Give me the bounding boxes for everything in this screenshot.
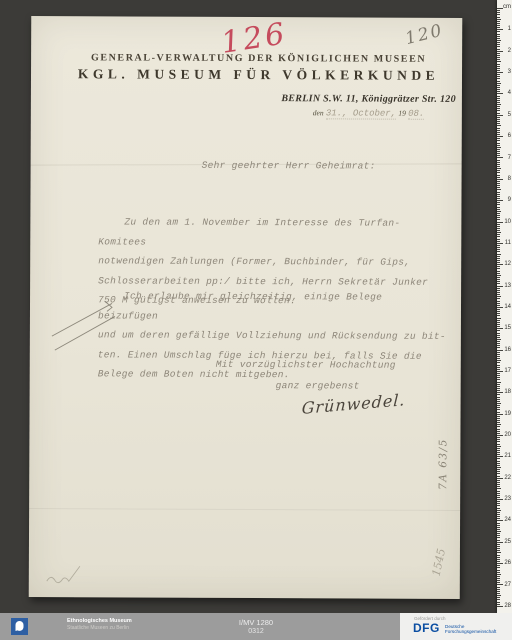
ruler-tick	[497, 375, 500, 376]
ruler-tick	[497, 31, 500, 32]
ruler-tick	[497, 172, 500, 173]
ruler-tick	[497, 254, 501, 255]
ruler-tick	[497, 283, 500, 284]
ruler-tick	[497, 546, 500, 547]
ruler-tick	[497, 343, 500, 344]
ruler-tick	[497, 320, 500, 321]
body-line: Ich erlaube mir gleichzeitig, einige Bel…	[98, 286, 448, 327]
ruler-number: 7	[508, 155, 511, 161]
ruler-tick	[497, 452, 500, 453]
ruler-tick	[497, 309, 500, 310]
ruler-tick	[497, 422, 500, 423]
ruler-tick	[497, 115, 503, 116]
ruler-tick	[497, 574, 501, 575]
ruler-tick	[497, 589, 500, 590]
ruler-tick	[497, 140, 500, 141]
ruler-tick	[497, 249, 500, 250]
ruler-tick	[497, 567, 500, 568]
ruler-tick	[497, 450, 500, 451]
ruler-tick	[497, 591, 500, 592]
ruler-tick	[497, 469, 500, 470]
ruler-tick	[497, 386, 500, 387]
ruler-tick	[497, 412, 500, 413]
ruler-tick	[497, 550, 500, 551]
letter-page: 126 120 GENERAL-VERWALTUNG DER KÖNIGLICH…	[29, 16, 463, 599]
ruler-tick	[497, 198, 500, 199]
ruler-number: 11	[505, 240, 511, 246]
ruler-tick	[497, 503, 500, 504]
ruler-tick	[497, 478, 503, 479]
ruler-tick	[497, 232, 501, 233]
ruler-tick	[497, 222, 503, 223]
ruler-tick	[497, 339, 501, 340]
ruler-tick	[497, 429, 500, 430]
ruler-number: 15	[504, 325, 511, 331]
ruler-tick	[497, 533, 500, 534]
ruler-tick	[497, 458, 500, 459]
footer-bar: Ethnologisches Museum Staatliche Museen …	[0, 613, 512, 640]
ruler-tick	[497, 418, 500, 419]
ruler-tick	[497, 565, 500, 566]
ruler-tick	[497, 123, 500, 124]
ruler-tick	[497, 360, 501, 361]
ruler-tick	[497, 465, 500, 466]
ruler-tick	[497, 454, 500, 455]
ruler-tick	[497, 463, 500, 464]
ruler-tick	[497, 439, 500, 440]
ruler-tick	[497, 279, 500, 280]
ruler-tick	[497, 555, 500, 556]
ruler-number: 17	[504, 368, 511, 374]
ruler-tick	[497, 369, 500, 370]
ruler-tick	[497, 431, 500, 432]
ruler-tick	[497, 153, 500, 154]
ruler-tick	[497, 435, 503, 436]
ruler-tick	[497, 132, 500, 133]
ruler-tick	[497, 397, 500, 398]
ruler-tick	[497, 371, 503, 372]
body-line: und um deren gefällige Vollziehung und R…	[98, 325, 448, 346]
salutation: Sehr geehrter Herr Geheimrat:	[202, 160, 376, 172]
ruler-tick	[497, 433, 500, 434]
ruler-tick	[497, 294, 500, 295]
ruler-tick	[497, 552, 501, 553]
ruler-tick	[497, 72, 503, 73]
ruler-tick	[497, 110, 500, 111]
ruler-tick	[497, 187, 500, 188]
ruler-tick	[497, 516, 500, 517]
ruler-tick	[497, 505, 500, 506]
ruler-tick	[497, 520, 503, 521]
ruler-tick	[497, 542, 503, 543]
ruler-tick	[497, 236, 500, 237]
ruler-tick	[497, 448, 500, 449]
ruler-tick	[497, 292, 500, 293]
ruler-tick	[497, 243, 503, 244]
ruler-tick	[497, 341, 500, 342]
ruler-tick	[497, 245, 500, 246]
closing-line-2: ganz ergebenst	[276, 380, 360, 391]
ruler-tick	[497, 518, 500, 519]
ruler-tick	[497, 247, 500, 248]
ruler-tick	[497, 497, 500, 498]
ruler-tick	[497, 582, 500, 583]
ruler-number: 9	[508, 197, 511, 203]
ruler-tick	[497, 36, 500, 37]
ruler-tick	[497, 576, 500, 577]
ruler-tick	[497, 10, 500, 11]
ruler-tick	[497, 183, 500, 184]
ruler-tick	[497, 382, 501, 383]
archive-code-vertical: 7A 63/5	[437, 406, 449, 490]
ruler-tick	[497, 480, 500, 481]
ruler-number: 5	[508, 112, 511, 118]
ruler-number: 19	[504, 411, 511, 417]
ruler-tick	[497, 21, 500, 22]
ruler-tick	[497, 204, 500, 205]
ruler-tick	[497, 426, 500, 427]
ruler-tick	[497, 352, 500, 353]
ruler-tick	[497, 350, 503, 351]
ruler-tick	[497, 563, 503, 564]
ruler-tick	[497, 143, 500, 144]
ruler-tick	[497, 38, 500, 39]
date-prefix: den	[313, 108, 324, 117]
ruler-tick	[497, 345, 500, 346]
ruler-tick	[497, 177, 500, 178]
ruler-tick	[497, 593, 500, 594]
ruler-tick	[497, 46, 500, 47]
ruler-tick	[497, 377, 500, 378]
date-line: den 31., October, 19 08.	[281, 108, 456, 119]
ruler-tick	[497, 27, 500, 28]
body-line: notwendigen Zahlungen (Former, Buchbinde…	[98, 251, 448, 272]
ruler-tick	[497, 74, 500, 75]
ruler-tick	[497, 119, 500, 120]
date-year: 08.	[408, 109, 424, 120]
ruler-tick	[497, 106, 500, 107]
ruler-tick	[497, 85, 500, 86]
ruler-tick	[497, 356, 500, 357]
ruler-tick	[497, 540, 500, 541]
ruler-tick	[497, 202, 500, 203]
ruler-tick	[497, 226, 500, 227]
ruler-number: 10	[504, 219, 511, 225]
ruler-number: 13	[504, 283, 511, 289]
dfg-logo: DFG	[413, 621, 440, 635]
ruler-tick	[497, 78, 500, 79]
ruler-number: 21	[504, 453, 511, 459]
ruler-tick	[497, 379, 500, 380]
ruler-tick	[497, 337, 500, 338]
ruler-tick	[497, 234, 500, 235]
ruler-tick	[497, 394, 500, 395]
ruler-tick	[497, 215, 500, 216]
ruler-tick	[497, 405, 500, 406]
ruler-tick	[497, 414, 503, 415]
dfg-panel: Gefördert durch DFG Deutsche Forschungsg…	[400, 613, 512, 640]
ruler-tick	[497, 510, 501, 511]
ruler-tick	[497, 322, 500, 323]
ruler-tick	[497, 68, 500, 69]
ruler-tick	[497, 209, 500, 210]
ruler-tick	[497, 537, 500, 538]
ruler-tick	[497, 17, 500, 18]
ruler-number: 1	[508, 26, 511, 32]
ruler-tick	[497, 290, 500, 291]
ruler-tick	[497, 264, 503, 265]
ruler-tick	[497, 121, 500, 122]
body-line: Zu den am 1. November im Interesse des T…	[98, 212, 448, 253]
ruler-tick	[497, 416, 500, 417]
ruler-tick	[497, 424, 501, 425]
ruler-tick	[497, 189, 501, 190]
ruler-tick	[497, 76, 500, 77]
ruler-tick	[497, 318, 501, 319]
ruler-tick	[497, 599, 500, 600]
ruler-tick	[497, 151, 500, 152]
ruler-tick	[497, 149, 500, 150]
pencil-scribble	[47, 566, 80, 583]
ruler-number: 26	[504, 560, 511, 566]
ruler-tick	[497, 256, 500, 257]
ruler-tick	[497, 286, 503, 287]
fold-crease	[29, 508, 460, 511]
ruler-tick	[497, 307, 503, 308]
ruler-tick	[497, 93, 503, 94]
ruler-tick	[497, 213, 500, 214]
ruler-tick	[497, 196, 500, 197]
dfg-name-line2: Forschungsgemeinschaft	[445, 629, 496, 634]
ruler-tick	[497, 486, 500, 487]
ruler-number: 27	[504, 582, 511, 588]
ruler-tick	[497, 207, 500, 208]
ruler-tick	[497, 508, 500, 509]
ruler-tick	[497, 523, 500, 524]
ruler-number: 22	[504, 475, 511, 481]
ruler-number: 24	[504, 517, 511, 523]
ruler-tick	[497, 164, 500, 165]
ruler-tick	[497, 476, 500, 477]
ruler-tick	[497, 87, 500, 88]
ruler-tick	[497, 194, 500, 195]
ruler-tick	[497, 228, 500, 229]
ruler-tick	[497, 239, 500, 240]
pencil-folio-number: 120	[403, 20, 445, 49]
ruler-tick	[497, 138, 500, 139]
ruler-tick	[497, 179, 503, 180]
ruler-tick	[497, 275, 501, 276]
ruler-tick	[497, 271, 500, 272]
ruler-tick	[497, 512, 500, 513]
ruler-tick	[497, 162, 500, 163]
ruler-tick	[497, 401, 500, 402]
ruler-tick	[497, 268, 500, 269]
ruler-tick	[497, 311, 500, 312]
ruler-tick	[497, 527, 500, 528]
ruler-tick	[497, 384, 500, 385]
ruler-tick	[497, 403, 501, 404]
ruler-tick	[497, 557, 500, 558]
ruler-tick	[497, 301, 500, 302]
ruler-tick	[497, 192, 500, 193]
ruler-tick	[497, 61, 501, 62]
ruler-tick	[497, 53, 500, 54]
ruler-tick	[497, 200, 503, 201]
ruler-tick	[497, 305, 500, 306]
ruler-tick	[497, 407, 500, 408]
ruler-tick	[497, 488, 501, 489]
ruler-tick	[497, 175, 500, 176]
ruler-tick	[497, 330, 500, 331]
ruler-tick	[497, 525, 500, 526]
ruler-tick	[497, 315, 500, 316]
ruler-tick	[497, 561, 500, 562]
letterhead: GENERAL-VERWALTUNG DER KÖNIGLICHEN MUSEE…	[31, 52, 486, 84]
ruler-tick	[497, 211, 501, 212]
ruler-tick	[497, 514, 500, 515]
ruler-unit-label: cm	[503, 4, 511, 10]
ruler-tick	[497, 604, 500, 605]
ruler-tick	[497, 83, 501, 84]
ruler-tick	[497, 42, 500, 43]
ruler-tick	[497, 145, 500, 146]
dfg-name: Deutsche Forschungsgemeinschaft	[445, 624, 496, 635]
ruler-tick	[497, 288, 500, 289]
ruler-tick	[497, 482, 500, 483]
ruler-tick	[497, 501, 500, 502]
ruler-tick	[497, 409, 500, 410]
ruler-tick	[497, 155, 500, 156]
ruler-tick	[497, 441, 500, 442]
ruler-number: 8	[508, 176, 511, 182]
ruler-tick	[497, 392, 503, 393]
ruler-tick	[497, 602, 500, 603]
ruler-tick	[497, 57, 500, 58]
ruler-number: 20	[504, 432, 511, 438]
ruler-number: 25	[504, 539, 511, 545]
ruler-tick	[497, 313, 500, 314]
ruler-tick	[497, 390, 500, 391]
ruler-tick	[497, 128, 500, 129]
ruler-tick	[497, 219, 500, 220]
ruler-tick	[497, 185, 500, 186]
ruler-tick	[497, 168, 501, 169]
ruler-tick	[497, 572, 500, 573]
ruler-number: 14	[504, 304, 511, 310]
ruler-tick	[497, 157, 503, 158]
ruler-tick	[497, 358, 500, 359]
ruler-tick	[497, 531, 501, 532]
ruler-tick	[497, 570, 500, 571]
ruler-tick	[497, 491, 500, 492]
ruler-tick	[497, 277, 500, 278]
ruler-tick	[497, 91, 500, 92]
ruler-tick	[497, 96, 500, 97]
ruler-tick	[497, 373, 500, 374]
ruler: cm 1234567891011121314151617181920212223…	[497, 0, 512, 613]
ruler-tick	[497, 296, 501, 297]
ruler-tick	[497, 134, 500, 135]
ruler-tick	[497, 388, 500, 389]
address-line: BERLIN S.W. 11, Königgrätzer Str. 120	[281, 93, 456, 105]
ruler-tick	[497, 23, 500, 24]
ruler-tick	[497, 437, 500, 438]
ruler-tick	[497, 49, 500, 50]
ruler-number: 18	[504, 389, 511, 395]
ruler-number: 12	[504, 261, 511, 267]
ruler-tick	[497, 578, 500, 579]
ruler-tick	[497, 446, 501, 447]
ruler-tick	[497, 40, 501, 41]
ruler-tick	[497, 102, 500, 103]
ruler-tick	[497, 217, 500, 218]
ruler-tick	[497, 166, 500, 167]
ruler-tick	[497, 136, 503, 137]
ruler-tick	[497, 399, 500, 400]
ruler-tick	[497, 117, 500, 118]
ruler-tick	[497, 584, 503, 585]
ruler-tick	[497, 281, 500, 282]
ruler-tick	[497, 499, 503, 500]
ruler-tick	[497, 335, 500, 336]
ruler-tick	[497, 328, 503, 329]
scan-viewport: 126 120 GENERAL-VERWALTUNG DER KÖNIGLICH…	[0, 0, 512, 640]
ruler-tick	[497, 241, 500, 242]
ruler-tick	[497, 55, 500, 56]
ruler-tick	[497, 493, 500, 494]
ruler-tick	[497, 471, 500, 472]
ruler-number: 2	[508, 48, 511, 54]
ruler-tick	[497, 347, 500, 348]
ruler-tick	[497, 8, 503, 9]
ruler-tick	[497, 587, 500, 588]
ruler-tick	[497, 595, 501, 596]
ruler-tick	[497, 298, 500, 299]
date-century: 19	[398, 109, 406, 118]
ruler-tick	[497, 444, 500, 445]
ruler-tick	[497, 597, 500, 598]
letterhead-line1: GENERAL-VERWALTUNG DER KÖNIGLICHEN MUSEE…	[31, 52, 486, 65]
ruler-tick	[497, 89, 500, 90]
ruler-tick	[497, 262, 500, 263]
ruler-tick	[497, 19, 501, 20]
ruler-number: 23	[504, 496, 511, 502]
ruler-tick	[497, 100, 500, 101]
pencil-number-bottom-right: 1545	[430, 547, 449, 577]
ruler-tick	[497, 51, 503, 52]
ruler-tick	[497, 273, 500, 274]
ruler-tick	[497, 59, 500, 60]
ruler-number: 16	[504, 347, 511, 353]
ruler-tick	[497, 467, 501, 468]
date-day-month: 31., October,	[326, 108, 396, 119]
ruler-tick	[497, 29, 503, 30]
ruler-tick	[497, 266, 500, 267]
ruler-tick	[497, 420, 500, 421]
letterhead-line2: KGL. MUSEUM FÜR VÖLKERKUNDE	[31, 66, 486, 84]
ruler-tick	[497, 354, 500, 355]
ruler-tick	[497, 324, 500, 325]
ruler-tick	[497, 181, 500, 182]
ruler-tick	[497, 333, 500, 334]
ruler-tick	[497, 548, 500, 549]
ruler-tick	[497, 362, 500, 363]
ruler-tick	[497, 104, 501, 105]
ruler-tick	[497, 147, 501, 148]
ruler-tick	[497, 230, 500, 231]
ruler-tick	[497, 70, 500, 71]
